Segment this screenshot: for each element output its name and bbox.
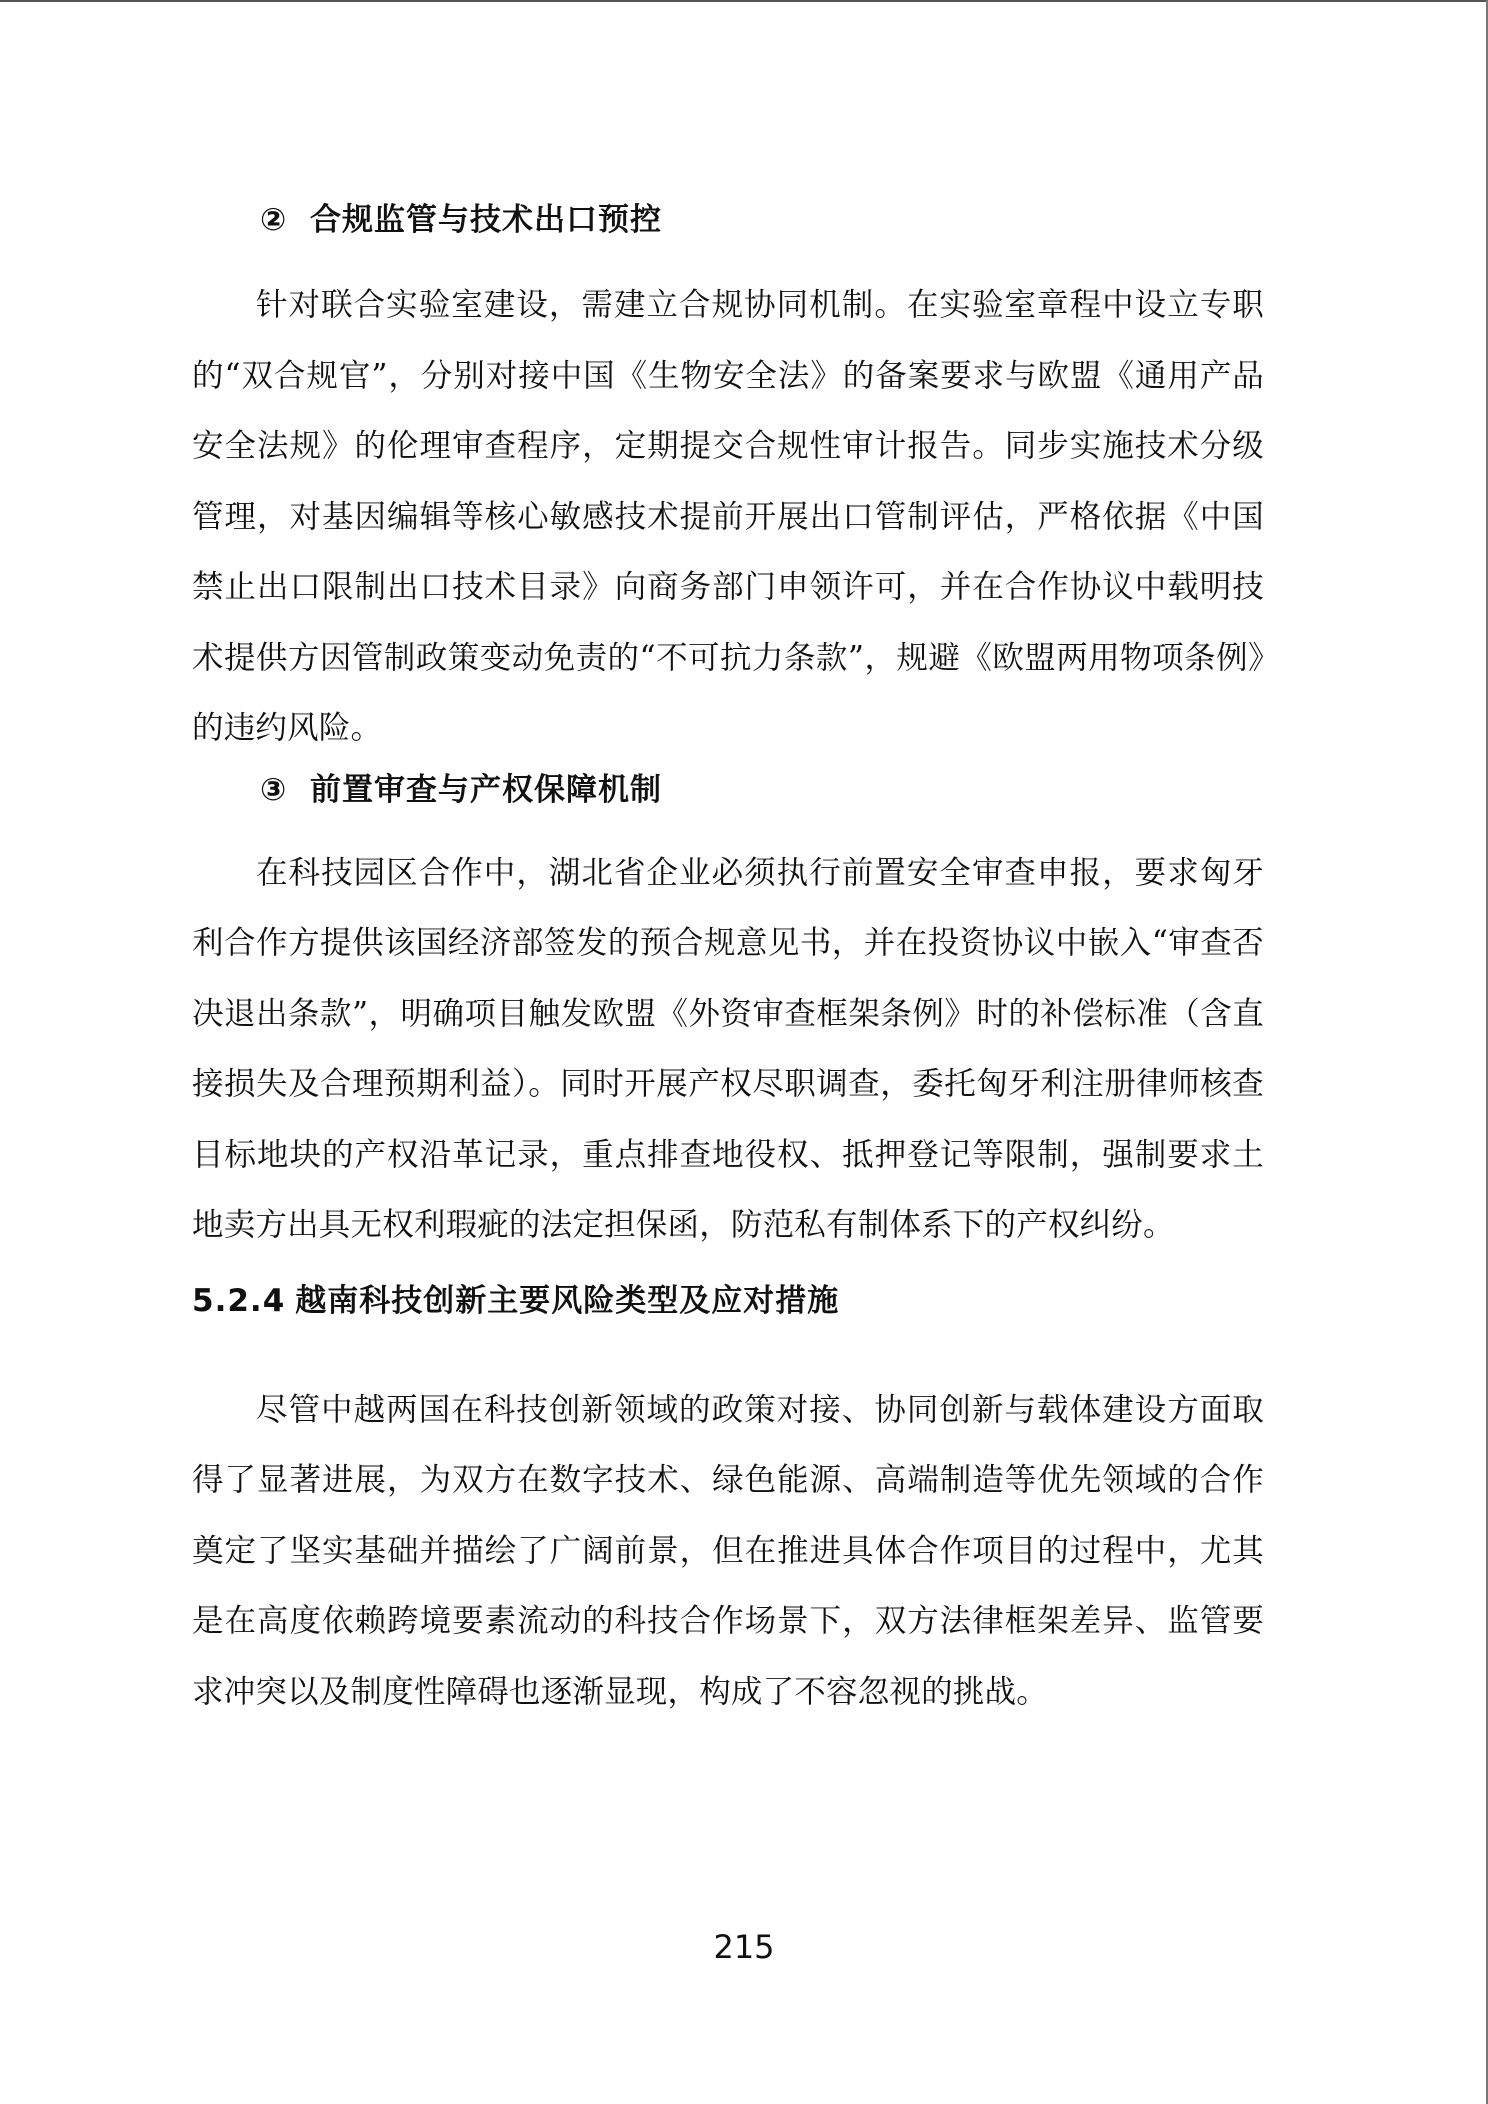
page-body: ②合规监管与技术出口预控 针对联合实验室建设，需建立合规协同机制。在实验室章程中… bbox=[192, 190, 1264, 1727]
subheading-compliance-export-control: ②合规监管与技术出口预控 bbox=[192, 190, 1264, 250]
section-heading-5-2-4: 5.2.4越南科技创新主要风险类型及应对措施 bbox=[192, 1271, 1264, 1331]
subheading-title: 前置审查与产权保障机制 bbox=[310, 772, 662, 808]
section-number: 5.2.4 bbox=[192, 1283, 285, 1319]
paragraph-prereview-property-rights: 在科技园区合作中，湖北省企业必须执行前置安全审查申报，要求匈牙利合作方提供该国经… bbox=[192, 838, 1264, 1261]
subheading-number: ③ bbox=[260, 760, 310, 820]
page-number: 215 bbox=[0, 1928, 1488, 1966]
page-top-border bbox=[0, 0, 1488, 2]
subheading-title: 合规监管与技术出口预控 bbox=[310, 202, 662, 238]
subheading-number: ② bbox=[260, 190, 310, 250]
paragraph-compliance-export-control: 针对联合实验室建设，需建立合规协同机制。在实验室章程中设立专职的“双合规官”，分… bbox=[192, 270, 1264, 764]
section-title: 越南科技创新主要风险类型及应对措施 bbox=[295, 1283, 839, 1319]
subheading-prereview-property-rights: ③前置审查与产权保障机制 bbox=[192, 760, 1264, 820]
paragraph-vietnam-risks-intro: 尽管中越两国在科技创新领域的政策对接、协同创新与载体建设方面取得了显著进展，为双… bbox=[192, 1375, 1264, 1728]
